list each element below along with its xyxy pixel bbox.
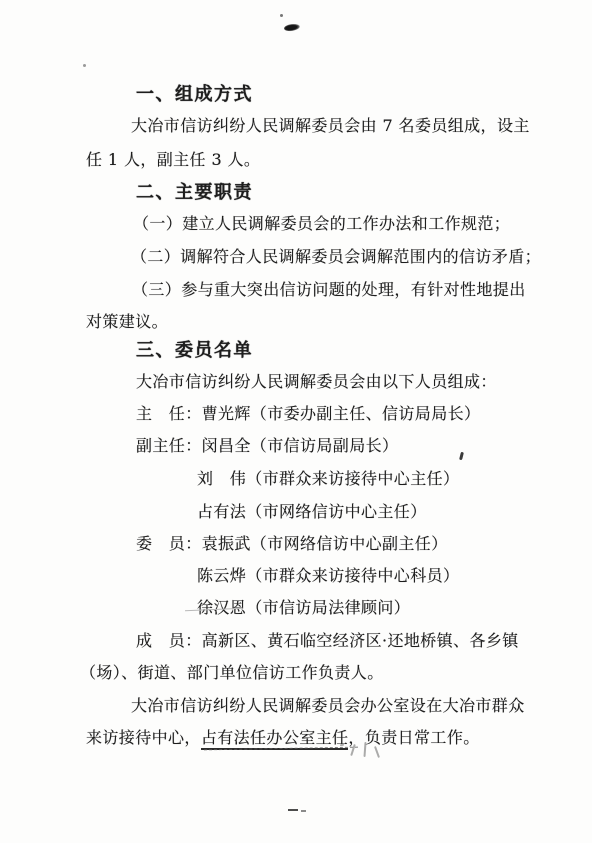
scan-speck-icon: [280, 14, 283, 17]
member-committee-2: 陈云烨（市群众来访接待中心科员）: [197, 563, 459, 586]
member-committee-3: 徐汉恩（市信访局法律顾问）: [197, 595, 410, 618]
office-line2: 来访接待中心，占有法任办公室主任，负责日常工作。: [86, 725, 480, 748]
member-deputy-3: 占有法（市网络信访中心主任）: [197, 499, 427, 522]
member-list-intro: 大冶市信访纠纷人民调解委员会由以下人员组成：: [136, 369, 497, 392]
office-line2-post: ，负责日常工作。: [348, 728, 479, 747]
handwriting-mark: [363, 742, 366, 757]
staff-line2: （场）、街道、部门单位信访工作负责人。: [80, 660, 384, 683]
office-line2-pre: 来访接待中心，: [86, 728, 201, 747]
member-deputy-2: 刘 伟（市群众来访接待中心主任）: [197, 466, 459, 489]
scan-speck-icon: [459, 452, 464, 460]
office-line1: 大冶市信访纠纷人民调解委员会办公室设在大冶市群众: [131, 693, 525, 716]
page-number-dash: [288, 809, 298, 811]
scan-speck-icon: [83, 64, 86, 67]
page-number-dash: [301, 810, 306, 812]
heading-duties: 二、主要职责: [136, 178, 253, 204]
member-director: 主 任：曹光辉（市委办副主任、信访局局长）: [136, 401, 480, 424]
duty-item-3-line2: 对策建议。: [86, 309, 168, 332]
heading-member-list: 三、委员名单: [136, 336, 253, 362]
duty-item-3-line1: （三）参与重大突出信访问题的处理，有针对性地提出: [132, 277, 526, 300]
member-deputy-1: 副主任：闵昌全（市信访局副局长）: [136, 433, 398, 456]
duty-item-2: （二）调解符合人民调解委员会调解范围内的信访矛盾；: [131, 244, 541, 267]
heading-composition: 一、组成方式: [136, 80, 253, 106]
duty-item-1: （一）建立人民调解委员会的工作办法和工作规范；: [133, 211, 510, 234]
para-composition-line2: 任 1 人，副主任 3 人。: [86, 147, 260, 170]
ink-smudge-icon: [284, 23, 301, 32]
para-composition-line1: 大冶市信访纠纷人民调解委员会由 7 名委员组成，设主: [131, 113, 530, 136]
staff-line1: 成 员：高新区、黄石临空经济区·还地桥镇、各乡镇: [136, 628, 519, 651]
member-committee-1: 委 员：袁振武（市网络信访中心副主任）: [136, 531, 448, 554]
scanned-document-page: 一、组成方式 大冶市信访纠纷人民调解委员会由 7 名委员组成，设主 任 1 人，…: [0, 0, 592, 843]
